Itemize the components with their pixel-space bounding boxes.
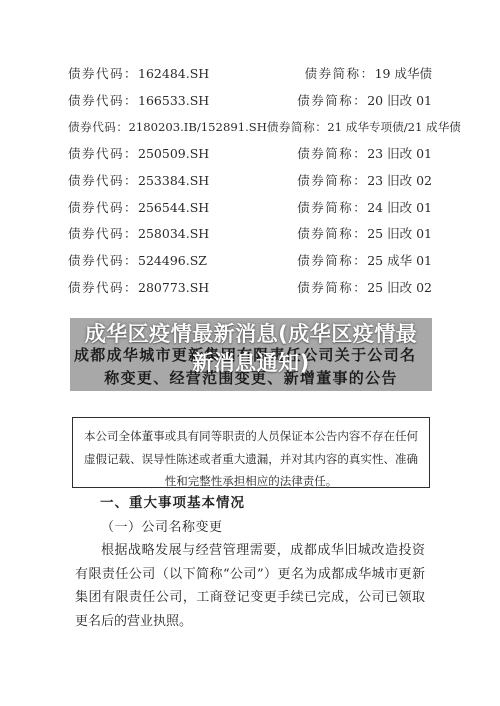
section-heading: 一、重大事项基本情况 — [75, 492, 425, 516]
bond-code: 债券代码：280773.SH — [68, 278, 209, 296]
bond-code-value: 256544.SH — [138, 200, 209, 215]
sub-heading: （一）公司名称变更 — [75, 516, 425, 540]
bond-name-value: 25 旧改 01 — [367, 226, 432, 241]
bond-name: 债券简称：25 旧改 01 — [297, 224, 432, 242]
bond-code-value: 253384.SH — [138, 173, 209, 188]
bond-code: 债券代码：258034.SH — [68, 224, 209, 242]
bond-name-value: 19 成华债 — [375, 66, 432, 81]
board-statement-box: 本公司全体董事或具有同等职责的人员保证本公告内容不存在任何虚假记载、误导性陈述或… — [72, 417, 430, 488]
body-paragraph: 根据战略发展与经营管理需要，成都成华旧城改造投资有限责任公司（以下简称“公司”）… — [75, 539, 425, 633]
bond-row: 债券代码：258034.SH 债券简称：25 旧改 01 — [68, 220, 432, 247]
article-title-overlay: 成都成华城市更新集团有限责任公司关于公司名 称变更、经营范围变更、新增董事的公告… — [70, 318, 432, 391]
bond-code-label: 债券代码： — [68, 226, 138, 241]
bond-row: 债券代码：524496.SZ 债券简称：25 成华 01 — [68, 247, 432, 274]
bond-code: 债券代码：256544.SH — [68, 198, 209, 216]
bond-name-value: 21 成华专项债/21 成华债 — [327, 120, 461, 134]
bond-name-value: 25 旧改 02 — [367, 280, 432, 295]
bond-row: 债券代码：2180203.IB/152891.SH 债券简称：21 成华专项债/… — [68, 113, 432, 140]
bond-name-value: 24 旧改 01 — [367, 200, 432, 215]
bond-name-label: 债券简称： — [297, 173, 367, 188]
bond-code-label: 债券代码： — [68, 280, 138, 295]
bond-row: 债券代码：250509.SH 债券简称：23 旧改 01 — [68, 140, 432, 167]
bond-name: 债券简称：23 旧改 02 — [297, 171, 432, 189]
bond-name-label: 债券简称： — [297, 280, 367, 295]
bond-code-label: 债券代码： — [68, 93, 138, 108]
bond-code: 债券代码：2180203.IB/152891.SH — [68, 119, 267, 135]
bond-code: 债券代码：162484.SH — [68, 64, 209, 82]
document-page: 债券代码：162484.SH 债券简称：19 成华债 债券代码：166533.S… — [0, 0, 500, 706]
bond-name-label: 债券简称： — [297, 253, 367, 268]
bond-name-label: 债券简称： — [267, 120, 327, 134]
bond-code-value: 250509.SH — [138, 146, 209, 161]
bond-code-value: 524496.SZ — [138, 253, 207, 268]
bond-code: 债券代码：250509.SH — [68, 144, 209, 162]
bond-name: 债券简称：21 成华专项债/21 成华债 — [267, 119, 461, 135]
bond-code-value: 258034.SH — [138, 226, 209, 241]
bond-code-label: 债券代码： — [68, 173, 138, 188]
bond-code-value: 2180203.IB/152891.SH — [128, 120, 266, 134]
document-body: 一、重大事项基本情况 （一）公司名称变更 根据战略发展与经营管理需要，成都成华旧… — [75, 492, 425, 633]
bond-row: 债券代码：280773.SH 债券简称：25 旧改 02 — [68, 274, 432, 301]
bond-list: 债券代码：162484.SH 债券简称：19 成华债 债券代码：166533.S… — [68, 60, 432, 300]
bond-name: 债券简称：25 旧改 02 — [297, 278, 432, 296]
bond-name-label: 债券简称： — [297, 200, 367, 215]
bond-code-value: 166533.SH — [138, 93, 209, 108]
bond-name: 债券简称：25 成华 01 — [297, 251, 432, 269]
bond-row: 债券代码：166533.SH 债券简称：20 旧改 01 — [68, 87, 432, 114]
bond-name-value: 23 旧改 01 — [367, 146, 432, 161]
bond-code: 债券代码：253384.SH — [68, 171, 209, 189]
bond-code-value: 280773.SH — [138, 280, 209, 295]
board-statement-text: 本公司全体董事或具有同等职责的人员保证本公告内容不存在任何虚假记载、误导性陈述或… — [84, 429, 418, 488]
bond-row: 债券代码：256544.SH 债券简称：24 旧改 01 — [68, 193, 432, 220]
bond-code: 债券代码：524496.SZ — [68, 251, 207, 269]
bond-code-label: 债券代码： — [68, 120, 128, 134]
bond-name-value: 23 旧改 02 — [367, 173, 432, 188]
bond-code-label: 债券代码： — [68, 200, 138, 215]
bond-name-value: 25 成华 01 — [367, 253, 432, 268]
bond-name: 债券简称：24 旧改 01 — [297, 198, 432, 216]
bond-code-label: 债券代码： — [68, 146, 138, 161]
article-title-line1: 成华区疫情最新消息(成华区疫情最 — [70, 320, 432, 349]
bond-name-label: 债券简称： — [305, 66, 375, 81]
bond-code-label: 债券代码： — [68, 253, 138, 268]
bond-code: 债券代码：166533.SH — [68, 91, 209, 109]
bond-name: 债券简称：23 旧改 01 — [297, 144, 432, 162]
article-title: 成华区疫情最新消息(成华区疫情最 新消息通知) — [70, 320, 432, 378]
bond-name-label: 债券简称： — [297, 93, 367, 108]
bond-name: 债券简称：20 旧改 01 — [297, 91, 432, 109]
bond-name: 债券简称：19 成华债 — [305, 64, 432, 82]
bond-name-label: 债券简称： — [297, 226, 367, 241]
bond-row: 债券代码：253384.SH 债券简称：23 旧改 02 — [68, 167, 432, 194]
bond-row: 债券代码：162484.SH 债券简称：19 成华债 — [68, 60, 432, 87]
article-title-line2: 新消息通知) — [70, 349, 432, 378]
bond-code-value: 162484.SH — [138, 66, 209, 81]
bond-name-label: 债券简称： — [297, 146, 367, 161]
bond-code-label: 债券代码： — [68, 66, 138, 81]
bond-name-value: 20 旧改 01 — [367, 93, 432, 108]
